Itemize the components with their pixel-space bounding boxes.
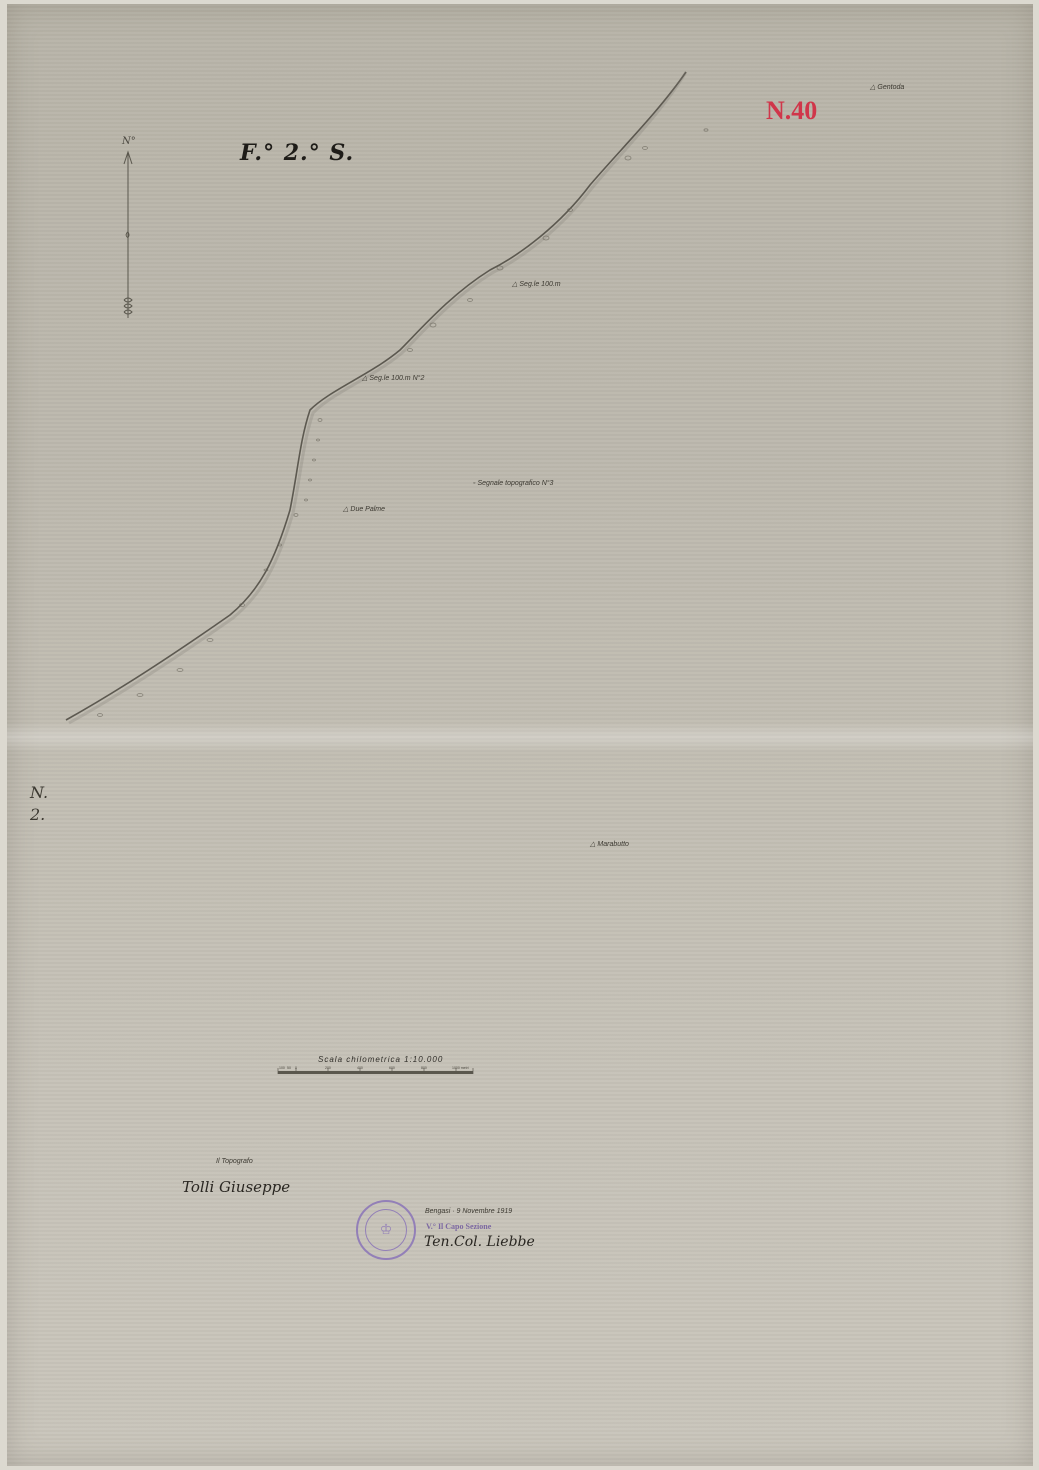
margin-note-line-1: N. [30, 782, 48, 804]
scale-tick-label: 200 [325, 1066, 331, 1070]
scale-tick-label: 800 [421, 1066, 427, 1070]
sheet-title: F.° 2.° S. [240, 140, 354, 166]
topographer-signature: Tolli Giuseppe [182, 1178, 290, 1196]
place-segnale-topografico-3[interactable]: ◦Segnale topografico N°3 [473, 480, 553, 487]
scale-tick-label: 400 [357, 1066, 363, 1070]
scale-tick-label: 50 [287, 1066, 291, 1070]
triangle-marker-icon: △ [512, 281, 517, 288]
sheet-number: N.40 [766, 96, 817, 126]
place-due-palme[interactable]: △Due Palme [343, 505, 385, 513]
institute-stamp: ♔ [356, 1200, 416, 1260]
triangle-marker-icon: △ [590, 841, 595, 848]
triangle-marker-icon: △ [362, 375, 367, 382]
margin-note-line-2: 2. [30, 804, 48, 826]
place-segnale-100[interactable]: △Seg.le 100.m [512, 280, 561, 288]
triangle-marker-icon: △ [870, 84, 875, 91]
approval-label: V.° Il Capo Sezione [426, 1222, 491, 1231]
topographer-label: Il Topografo [216, 1158, 253, 1165]
north-arrow-label: N° [122, 136, 136, 147]
place-segnale-100-n2[interactable]: △Seg.le 100.m N°2 [362, 374, 424, 382]
scale-tick-label: 0 [295, 1066, 297, 1070]
date-line: Bengasi · 9 Novembre 1919 [425, 1208, 512, 1215]
place-marabutto[interactable]: △Marabutto [590, 840, 629, 848]
scale-tick-label: 600 [389, 1066, 395, 1070]
circle-marker-icon: ◦ [473, 480, 475, 487]
margin-note: N. 2. [30, 782, 48, 826]
coat-of-arms-icon: ♔ [365, 1209, 407, 1251]
scale-tick-label: 1000 metri [452, 1066, 469, 1070]
chief-signature: Ten.Col. Liebbe [424, 1234, 535, 1250]
scale-bar [278, 1071, 473, 1074]
scale-tick-label: 100 [279, 1066, 285, 1070]
triangle-marker-icon: △ [343, 506, 348, 513]
scale-title: Scala chilometrica 1:10.000 [318, 1055, 443, 1064]
place-gentoda[interactable]: △Gentoda [870, 83, 904, 91]
